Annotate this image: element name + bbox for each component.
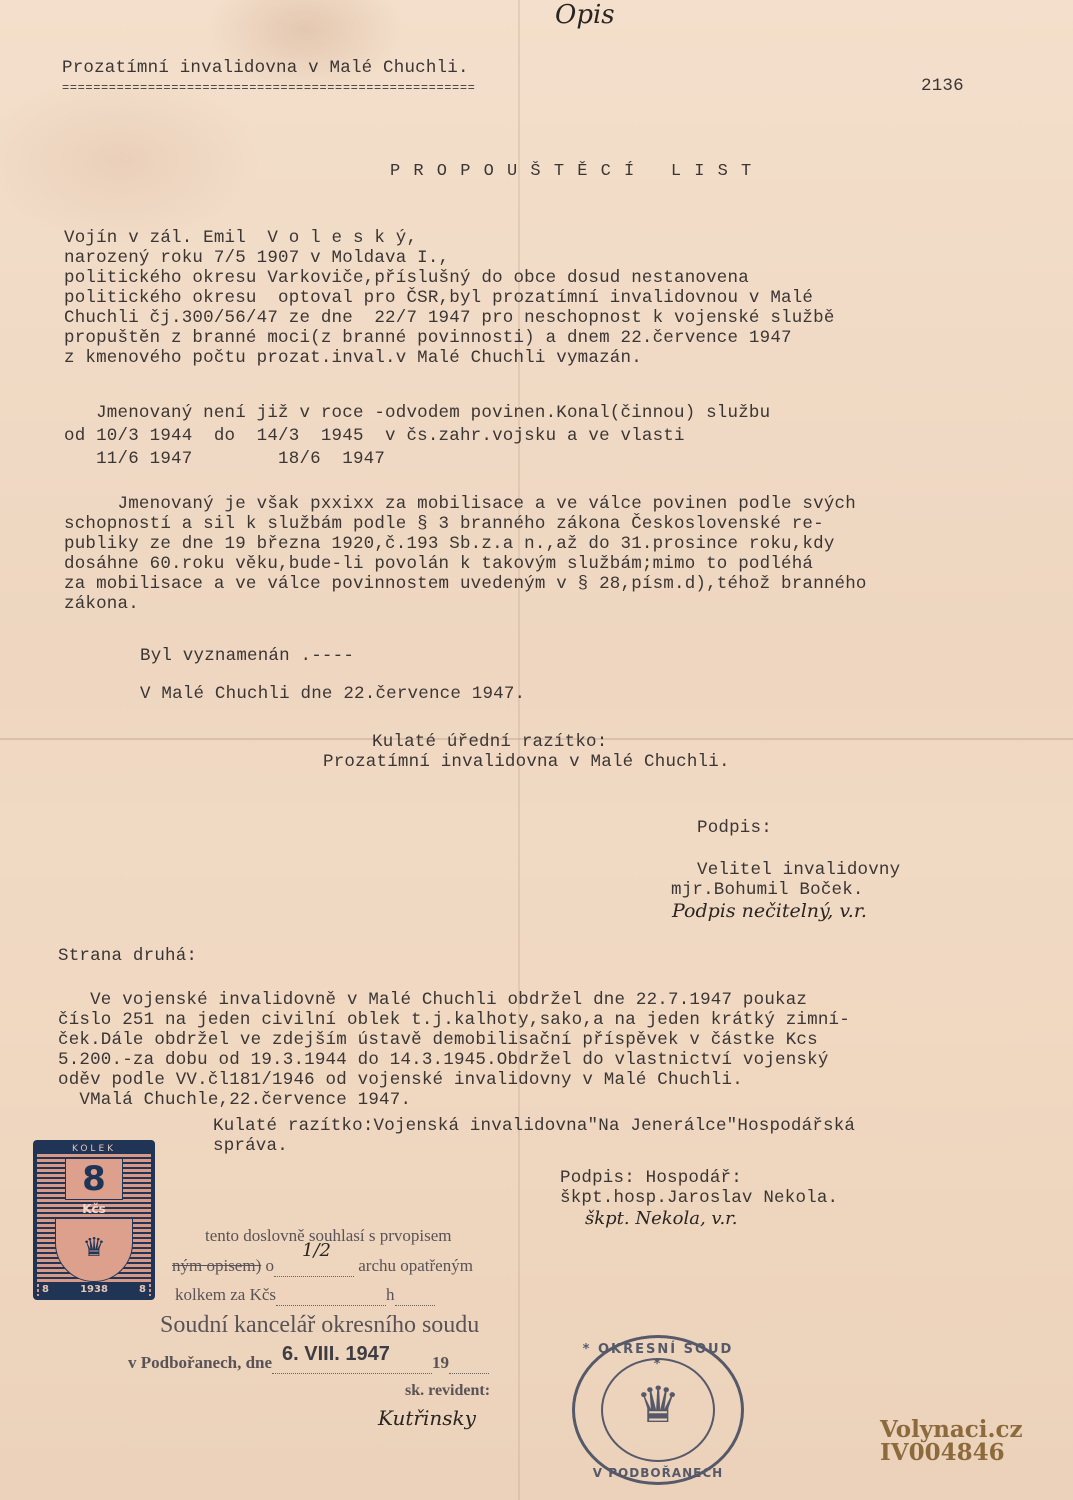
header-separator: ========================================… xyxy=(62,78,475,98)
signatory-name: mjr.Bohumil Boček. xyxy=(671,880,864,900)
text-line: publiky ze dne 19 března 1920,č.193 Sb.z… xyxy=(64,534,835,554)
text-line: VMalá Chuchle,22.července 1947. xyxy=(58,1090,411,1110)
date-field: 6. VIII. 1947 xyxy=(272,1353,432,1374)
text-line: číslo 251 na jeden civilní oblek t.j.kal… xyxy=(58,1010,850,1030)
decorations-line: Byl vyznamenán .---- xyxy=(140,646,354,666)
text-line: ček.Dále obdržel ve zdejším ústavě demob… xyxy=(58,1030,818,1050)
stamp-note-title: Kulaté úřední razítko: xyxy=(372,732,607,752)
text-line: politického okresu Varkoviče,příslušný d… xyxy=(64,268,749,288)
amount-field xyxy=(276,1285,386,1306)
signatory-role: Velitel invalidovny xyxy=(697,860,900,880)
lion-emblem-icon: ♛ xyxy=(55,1218,133,1282)
text-line: 5.200.-za dobu od 19.3.1944 do 14.3.1945… xyxy=(58,1050,829,1070)
text: v Podbořanech, dne xyxy=(128,1353,272,1372)
stamp-note-text: Prozatímní invalidovna v Malé Chuchli. xyxy=(323,752,730,772)
institution-header: Prozatímní invalidovna v Malé Chuchli. xyxy=(62,58,469,78)
text: o xyxy=(261,1256,274,1275)
text-line: narozený roku 7/5 1907 v Moldava I., xyxy=(64,248,449,268)
text-line: schopností a sil k službám podle § 3 bra… xyxy=(64,514,824,534)
text-line: zákona. xyxy=(64,594,139,614)
side-two-stamp-note-cont: správa. xyxy=(213,1136,288,1156)
court-seal: * OKRESNÍ SOUD * ♛ V PODBOŘANECH xyxy=(572,1335,744,1485)
stamp-value: 8 xyxy=(65,1158,123,1200)
text-line: za mobilisace a ve válce povinnostem uve… xyxy=(64,574,867,594)
side-two-stamp-note: Kulaté razítko:Vojenská invalidovna"Na J… xyxy=(213,1116,855,1136)
place-date: V Malé Chuchli dne 22.července 1947. xyxy=(140,684,525,704)
stamp-year: 1938 xyxy=(80,1284,108,1295)
text-line: 11/6 1947 18/6 1947 xyxy=(64,449,385,469)
treasurer-handwritten-signature: škpt. Nekola, v.r. xyxy=(585,1208,738,1229)
signature-label: Podpis: xyxy=(697,818,772,838)
date-stamp: 6. VIII. 1947 xyxy=(282,1343,390,1366)
text-line: od 10/3 1944 do 14/3 1945 v čs.zahr.vojs… xyxy=(64,426,685,446)
year-field xyxy=(449,1353,489,1374)
stamp-footer: 8 1938 8 xyxy=(39,1282,149,1296)
text-line: propuštěn z branné moci(z branné povinno… xyxy=(64,328,792,348)
text-line: dosáhne 60.roku věku,bude-li povolán k t… xyxy=(64,554,813,574)
lion-emblem-icon: ♛ xyxy=(575,1376,741,1434)
revident-handwritten-signature: Kutřinsky xyxy=(378,1406,476,1430)
text-line: Ve vojenské invalidovně v Malé Chuchli o… xyxy=(58,990,807,1010)
sheets-field: 1/2 xyxy=(274,1256,354,1277)
certification-line2: ným opisem) o1/2 archu opatřeným xyxy=(172,1256,473,1277)
watermark-site: Volynaci.cz xyxy=(880,1418,1023,1441)
text-line: Vojín v zál. Emil V o l e s k ý, xyxy=(64,228,417,248)
side-two-heading: Strana druhá: xyxy=(58,946,197,966)
text-line: Chuchli čj.300/56/47 ze dne 22/7 1947 pr… xyxy=(64,308,835,328)
annotation-handwritten: Opis xyxy=(555,0,615,30)
handwritten-signature: Podpis nečitelný, v.r. xyxy=(672,900,867,922)
stamp-value-corner: 8 xyxy=(139,1284,146,1295)
treasurer-name: škpt.hosp.Jaroslav Nekola. xyxy=(560,1188,838,1208)
text: archu opatřeným xyxy=(354,1256,473,1275)
court-office: Soudní kancelář okresního soudu xyxy=(160,1312,479,1339)
treasurer-signature-label: Podpis: Hospodář: xyxy=(560,1168,742,1188)
watermark: Volynaci.cz IV004846 xyxy=(880,1418,1023,1464)
sheets-handwritten: 1/2 xyxy=(302,1240,331,1261)
seal-bottom-text: V PODBOŘANECH xyxy=(575,1466,741,1480)
text: 19 xyxy=(432,1353,449,1372)
court-place-date: v Podbořanech, dne6. VIII. 1947 19 xyxy=(128,1353,489,1374)
text-line: z kmenového počtu prozat.inval.v Malé Ch… xyxy=(64,348,642,368)
text-line: Jmenovaný je však pxxixx za mobilisace a… xyxy=(64,494,856,514)
watermark-id: IV004846 xyxy=(880,1441,1023,1464)
text: kolkem za Kčs xyxy=(175,1285,276,1304)
text-line: Jmenovaný není již v roce -odvodem povin… xyxy=(64,403,770,423)
revident-label: sk. revident: xyxy=(405,1382,490,1400)
stamp-label: KOLEK xyxy=(37,1144,151,1154)
text-line: politického okresu optoval pro ČSR,byl p… xyxy=(64,288,813,308)
amount-h-field xyxy=(395,1285,435,1306)
revenue-stamp: KOLEK 8 Kčs ♛ 8 1938 8 xyxy=(33,1140,155,1300)
seal-top-text: * OKRESNÍ SOUD * xyxy=(575,1342,741,1372)
document-title: P R O P O U Š T Ě C Í L I S T xyxy=(390,162,753,182)
stamp-value-corner: 8 xyxy=(42,1284,49,1295)
struck-text: ným opisem) xyxy=(172,1256,261,1275)
document-number: 2136 xyxy=(921,76,964,96)
text: h xyxy=(386,1285,395,1304)
text-line: oděv podle VV.čl181/1946 od vojenské inv… xyxy=(58,1070,743,1090)
certification-line3: kolkem za Kčs h xyxy=(175,1285,435,1306)
stamp-currency: Kčs xyxy=(37,1202,151,1216)
